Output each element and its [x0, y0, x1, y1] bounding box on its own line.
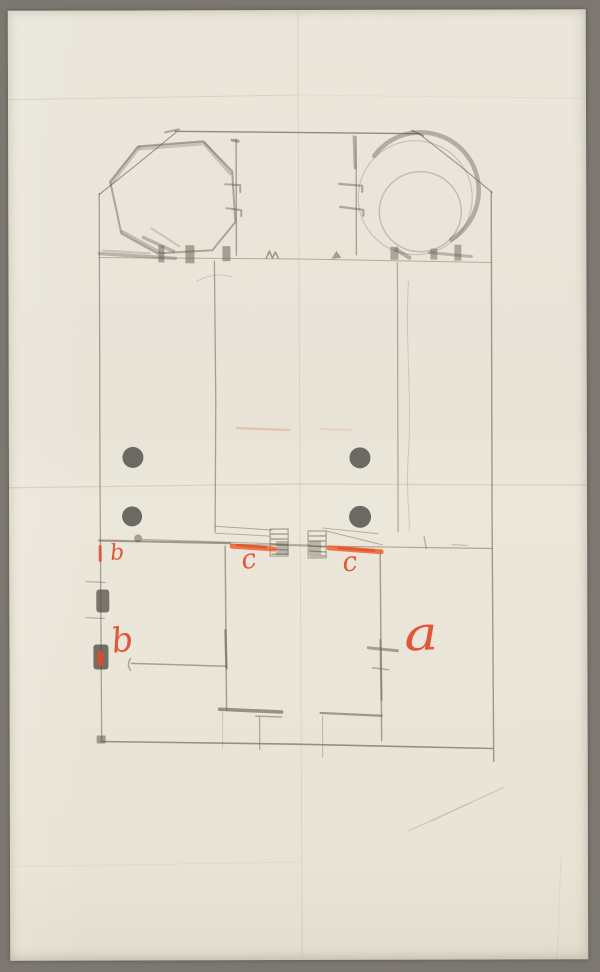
pencil-plan [85, 128, 504, 831]
room-a-walls [320, 551, 398, 757]
punch-hole [349, 447, 370, 468]
scan-backdrop: b b c c a [0, 0, 600, 972]
room-label-a: a [402, 610, 439, 658]
paper-sheet: b b c c a [8, 9, 588, 961]
pencil-scribble [409, 787, 504, 830]
punch-hole [349, 506, 371, 528]
fold-creases [8, 10, 588, 959]
room-label-b-large: b [109, 622, 135, 658]
right-tower-circle [339, 132, 479, 261]
orange-highlights [232, 428, 381, 552]
left-tower-octagon [110, 139, 241, 255]
middle-wall [99, 525, 492, 558]
punch-hole [122, 447, 143, 468]
room-label-b-small: b [109, 542, 125, 565]
plan-outline [95, 128, 494, 762]
punch-holes [122, 446, 371, 528]
punch-hole [122, 506, 142, 526]
hall-walls [196, 261, 409, 533]
floor-plan-sketch [0, 0, 600, 972]
